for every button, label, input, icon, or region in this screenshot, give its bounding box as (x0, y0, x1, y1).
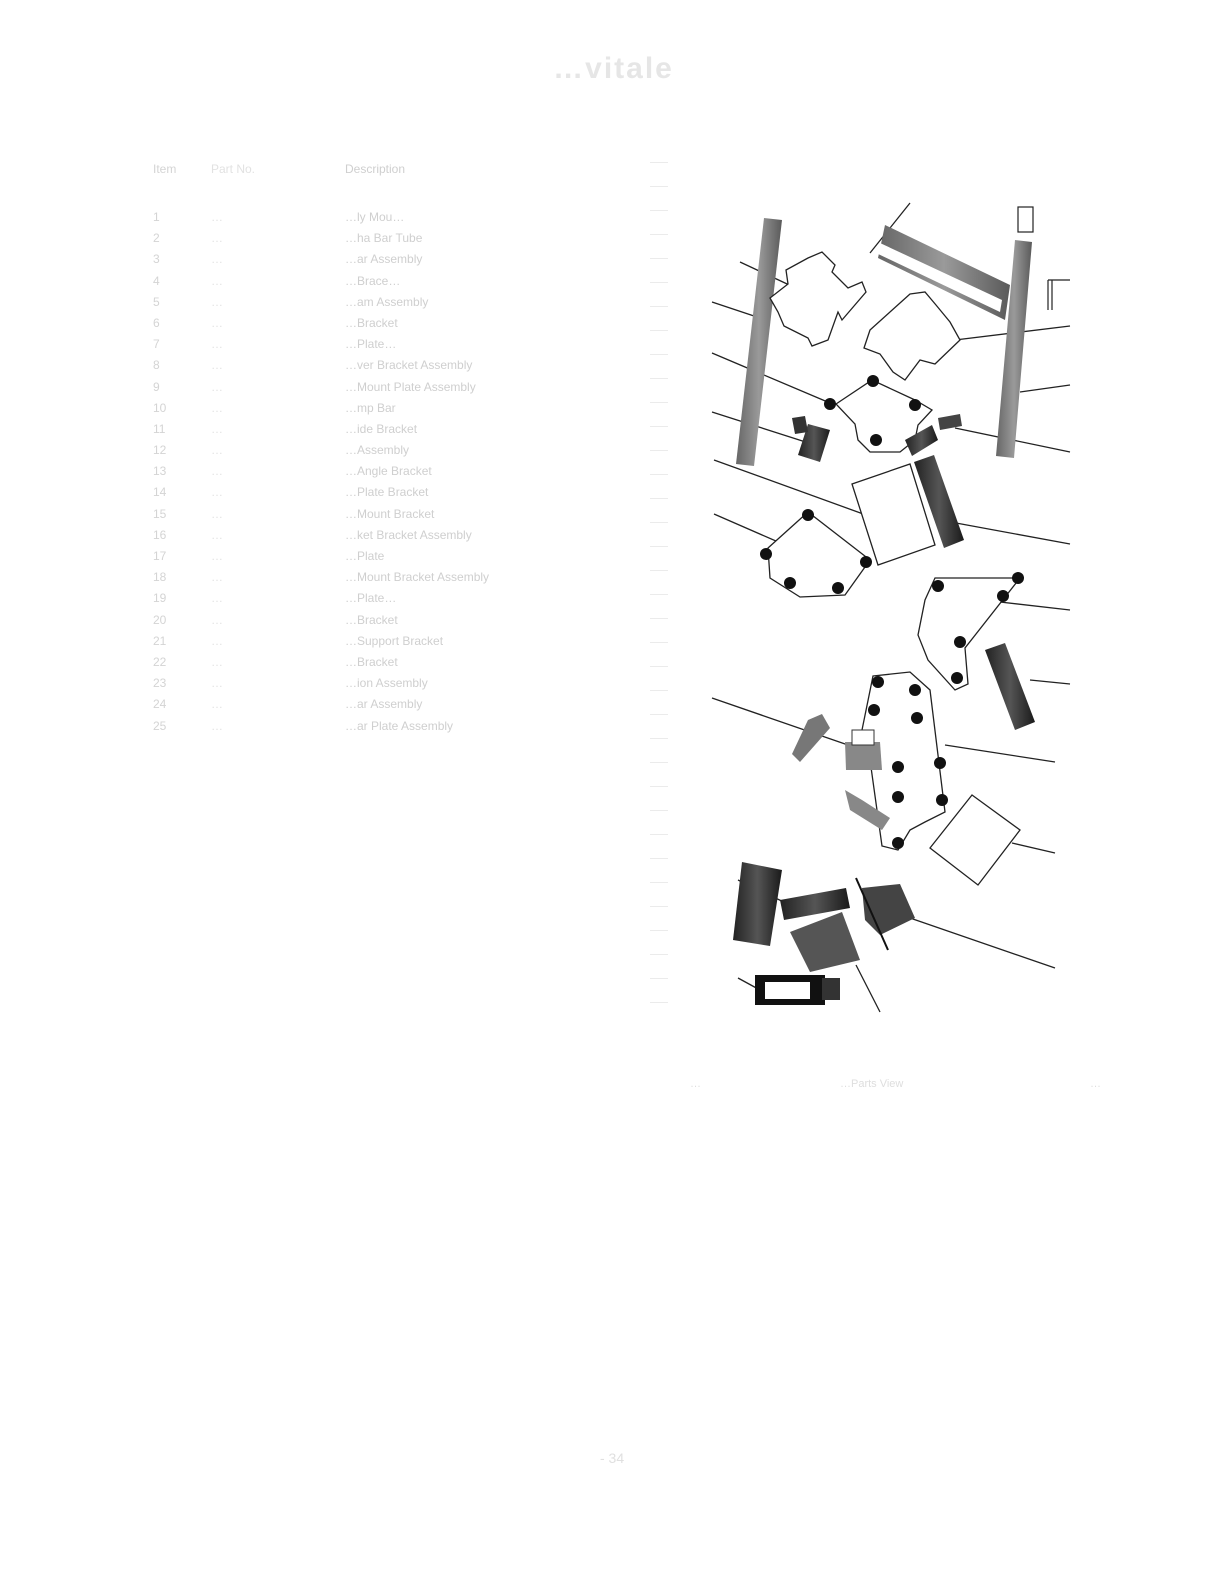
table-row: 20……Bracket (145, 613, 545, 634)
item-number: 7 (153, 337, 160, 351)
part-number: … (211, 719, 223, 733)
part-number: … (211, 549, 223, 563)
table-row: 5……am Assembly (145, 295, 545, 316)
part-description: …Plate… (345, 591, 396, 605)
table-row: 12……Assembly (145, 443, 545, 464)
item-number: 3 (153, 252, 160, 266)
bracket-plate-b (864, 292, 960, 380)
item-number: 21 (153, 634, 166, 648)
page-title: …vitale (0, 52, 1227, 86)
part-description: …Support Bracket (345, 634, 443, 648)
part-number: … (211, 316, 223, 330)
table-row: 14……Plate Bracket (145, 485, 545, 506)
parts-table-header: Item Part No. Description (145, 162, 545, 184)
item-number: 14 (153, 485, 166, 499)
header-item: Item (153, 162, 176, 176)
caption-right: … (1090, 1078, 1101, 1090)
item-number: 18 (153, 570, 166, 584)
part-description: …Bracket (345, 655, 398, 669)
item-number: 16 (153, 528, 166, 542)
part-number: … (211, 613, 223, 627)
item-number: 5 (153, 295, 160, 309)
table-row: 22……Bracket (145, 655, 545, 676)
item-number: 17 (153, 549, 166, 563)
table-row: 2……ha Bar Tube (145, 231, 545, 252)
part-number: … (211, 676, 223, 690)
part-number: … (211, 634, 223, 648)
part-description: …Bracket (345, 613, 398, 627)
page-number: - 34 (600, 1450, 624, 1466)
item-number: 23 (153, 676, 166, 690)
part-number: … (211, 528, 223, 542)
table-row: 4……Brace… (145, 274, 545, 295)
parts-table-body: 1……ly Mou…2……ha Bar Tube3……ar Assembly4…… (145, 210, 545, 740)
table-row: 23……ion Assembly (145, 676, 545, 697)
left-rail-bar (736, 218, 782, 466)
mount-plate-pentagon (768, 512, 870, 597)
part-number: … (211, 231, 223, 245)
part-number: … (211, 591, 223, 605)
part-description: …Mount Bracket Assembly (345, 570, 489, 584)
item-number: 6 (153, 316, 160, 330)
table-row: 25……ar Plate Assembly (145, 719, 545, 740)
part-number: … (211, 697, 223, 711)
part-description: …Bracket (345, 316, 398, 330)
item-number: 11 (153, 422, 165, 436)
housing-1 (790, 912, 860, 972)
item-number: 13 (153, 464, 166, 478)
table-row: 16……ket Bracket Assembly (145, 528, 545, 549)
part-number: … (211, 337, 223, 351)
part-description: …Plate Bracket (345, 485, 428, 499)
part-description: …ket Bracket Assembly (345, 528, 472, 542)
exploded-parts-diagram (640, 150, 1140, 1050)
right-rail-bar (996, 240, 1032, 458)
table-row: 1……ly Mou… (145, 210, 545, 231)
table-row: 21……Support Bracket (145, 634, 545, 655)
table-row: 7……Plate… (145, 337, 545, 358)
caption-center: …Parts View (840, 1078, 903, 1090)
part-number: … (211, 252, 223, 266)
table-row: 24……ar Assembly (145, 697, 545, 718)
item-number: 12 (153, 443, 166, 457)
part-description: …Plate (345, 549, 384, 563)
item-number: 4 (153, 274, 160, 288)
part-number: … (211, 274, 223, 288)
bracket-plate-a (770, 252, 866, 346)
part-number: … (211, 380, 223, 394)
part-number: … (211, 507, 223, 521)
item-number: 20 (153, 613, 166, 627)
part-description: …Mount Bracket (345, 507, 434, 521)
item-number: 15 (153, 507, 166, 521)
table-row: 8……ver Bracket Assembly (145, 358, 545, 379)
header-part-no: Part No. (211, 162, 255, 176)
table-row: 6……Bracket (145, 316, 545, 337)
item-number: 9 (153, 380, 160, 394)
item-number: 24 (153, 697, 166, 711)
table-row: 17……Plate (145, 549, 545, 570)
table-row: 15……Mount Bracket (145, 507, 545, 528)
part-number: … (211, 422, 223, 436)
part-description: …ha Bar Tube (345, 231, 422, 245)
part-number: … (211, 210, 223, 224)
caption-left: … (690, 1078, 701, 1090)
item-number: 25 (153, 719, 166, 733)
part-description: …ar Assembly (345, 252, 422, 266)
part-number: … (211, 464, 223, 478)
part-description: …ver Bracket Assembly (345, 358, 472, 372)
part-description: …Angle Bracket (345, 464, 432, 478)
table-row: 19……Plate… (145, 591, 545, 612)
table-row: 13……Angle Bracket (145, 464, 545, 485)
table-row: 18……Mount Bracket Assembly (145, 570, 545, 591)
part-description: …Assembly (345, 443, 409, 457)
part-number: … (211, 295, 223, 309)
item-number: 8 (153, 358, 160, 372)
item-number: 22 (153, 655, 166, 669)
part-number: … (211, 401, 223, 415)
dark-block-1 (733, 862, 782, 946)
part-number: … (211, 570, 223, 584)
table-row: 10……mp Bar (145, 401, 545, 422)
part-description: …Mount Plate Assembly (345, 380, 476, 394)
part-number: … (211, 443, 223, 457)
table-row: 3……ar Assembly (145, 252, 545, 273)
dark-strip-2 (985, 643, 1035, 730)
item-number: 19 (153, 591, 166, 605)
part-description: …am Assembly (345, 295, 428, 309)
parts-table: Item Part No. Description 1……ly Mou…2……h… (145, 162, 545, 714)
header-description: Description (345, 162, 405, 176)
part-description: …ar Plate Assembly (345, 719, 453, 733)
item-number: 2 (153, 231, 160, 245)
part-description: …ly Mou… (345, 210, 404, 224)
part-description: …Plate… (345, 337, 396, 351)
table-row: 11……ide Bracket (145, 422, 545, 443)
table-row: 9……Mount Plate Assembly (145, 380, 545, 401)
part-description: …Brace… (345, 274, 400, 288)
item-number: 1 (153, 210, 160, 224)
part-number: … (211, 655, 223, 669)
part-description: …ide Bracket (345, 422, 417, 436)
part-description: …ar Assembly (345, 697, 422, 711)
part-description: …mp Bar (345, 401, 396, 415)
part-number: … (211, 358, 223, 372)
item-number: 10 (153, 401, 166, 415)
part-description: …ion Assembly (345, 676, 428, 690)
part-number: … (211, 485, 223, 499)
